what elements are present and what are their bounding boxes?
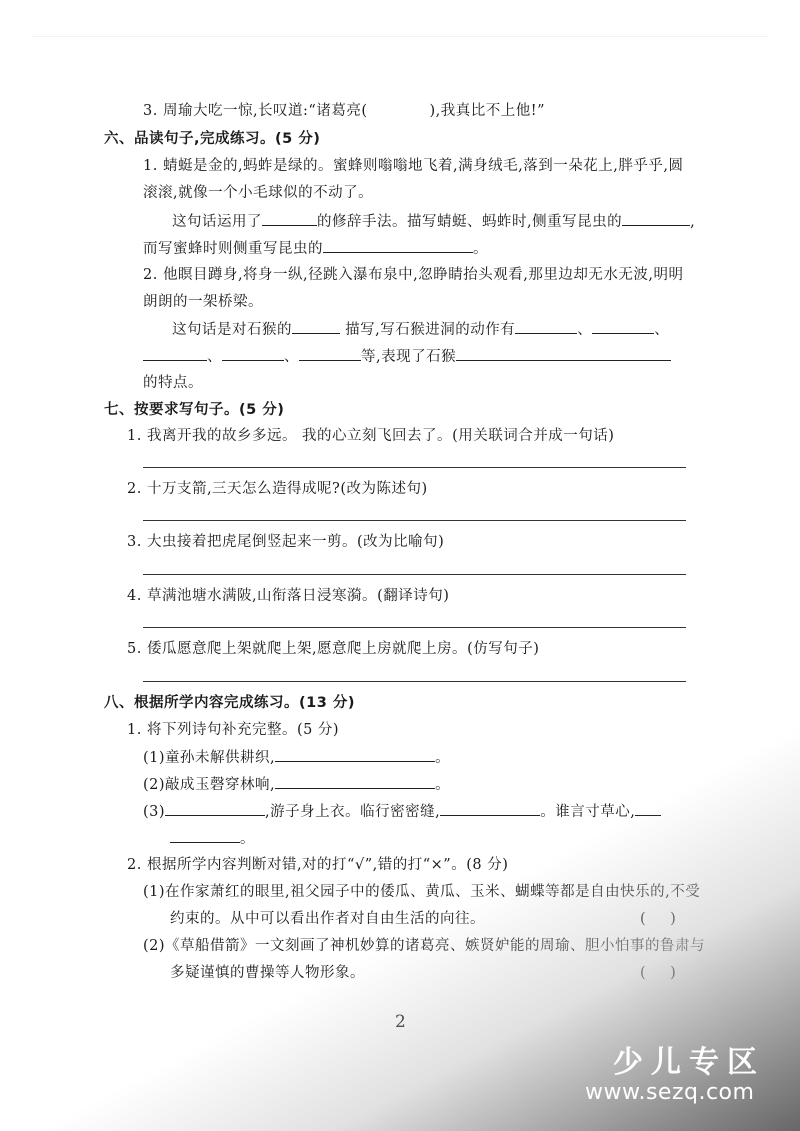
- poem-text: 。谁言寸草心,: [540, 804, 635, 820]
- s6-q2-prompt: 这句话是对石猴的 描写,写石猴进洞的动作有、、: [172, 319, 669, 340]
- paren: (: [640, 911, 646, 927]
- item-text: 3. 周瑜大吃一惊,长叹道:“诸葛亮(: [143, 103, 368, 119]
- prompt-text: 这句话是对石猴的: [172, 322, 292, 338]
- blank-poem-3b[interactable]: [440, 801, 540, 816]
- s7-item-5: 5. 倭瓜愿意爬上架就爬上架,愿意爬上房就爬上房。(仿写句子): [127, 639, 539, 659]
- blank-monkey-trait[interactable]: [456, 346, 671, 361]
- s7-item-4: 4. 草满池塘水满陂,山衔落日浸寒漪。(翻译诗句): [127, 586, 449, 606]
- poem-text: ,游子身上衣。临行密密缝,: [265, 804, 440, 820]
- s7-item-1: 1. 我离开我的故乡多远。 我的心立刻飞回去了。(用关联词合并成一句话): [127, 426, 614, 446]
- section-8-heading: 八、根据所学内容完成练习。(13 分): [104, 693, 355, 713]
- s7-item-2: 2. 十万支箭,三天怎么造得成呢?(改为陈述句): [127, 479, 428, 499]
- paren: (: [640, 965, 646, 981]
- blank-action-5[interactable]: [299, 346, 361, 361]
- prompt-text: ,: [690, 214, 695, 230]
- prompt-text: 等,表现了石猴: [361, 349, 456, 365]
- blank-action-2[interactable]: [592, 319, 654, 334]
- prompt-text: 的修辞手法。描写蜻蜓、蚂蚱时,侧重写昆虫的: [317, 214, 622, 230]
- prompt-text: 而写蜜蜂时则侧重写昆虫的: [143, 241, 323, 257]
- s6-q2-line2: 朗朗的一架桥梁。: [143, 292, 263, 312]
- poem-text: (2)敲成玉磬穿林响,: [143, 777, 275, 793]
- prompt-text: 描写,写石猴进洞的动作有: [345, 322, 515, 338]
- item-text: 3. 大虫接着把虎尾倒竖起来一剪。: [127, 534, 357, 550]
- blank-poem-1[interactable]: [275, 747, 435, 762]
- blank-action-3[interactable]: [143, 346, 207, 361]
- punctuation: 。: [435, 777, 450, 793]
- item-text: 4. 草满池塘水满陂,山衔落日浸寒漪。: [127, 588, 377, 604]
- item-text: 2. 十万支箭,三天怎么造得成呢?: [127, 481, 340, 497]
- s8-q1-poem-1: (1)童孙未解供耕织,。: [143, 747, 450, 768]
- paren: ): [670, 911, 676, 927]
- separator: 、: [577, 322, 592, 338]
- item-hint: (改为比喻句): [357, 534, 444, 550]
- poem-text: (3): [143, 804, 165, 820]
- s8-q2-statement-1-line1: (1)在作家萧红的眼里,祖父园子中的倭瓜、黄瓜、玉米、蝴蝶等都是自由快乐的,不受: [143, 882, 700, 902]
- blank-action-4[interactable]: [222, 346, 284, 361]
- separator: 、: [284, 349, 299, 365]
- answer-line-3[interactable]: [143, 574, 686, 575]
- punctuation: 。: [240, 831, 255, 847]
- judgment-box-2[interactable]: (): [640, 963, 676, 983]
- s8-q1-poem-2: (2)敲成玉磬穿林响,。: [143, 774, 450, 795]
- s8-q1-poem-3: (3),游子身上衣。临行密密缝,。谁言寸草心,: [143, 801, 661, 822]
- blank-rhetoric[interactable]: [262, 211, 317, 226]
- item-hint: (改为陈述句): [340, 481, 427, 497]
- s7-item-3: 3. 大虫接着把虎尾倒竖起来一剪。(改为比喻句): [127, 532, 444, 552]
- s6-q1-prompt: 这句话运用了的修辞手法。描写蜻蜓、蚂蚱时,侧重写昆虫的,: [172, 211, 695, 232]
- prompt-text: 这句话运用了: [172, 214, 262, 230]
- item-text: 1. 我离开我的故乡多远。 我的心立刻飞回去了。: [127, 428, 452, 444]
- blank-poem-3c[interactable]: [635, 801, 661, 816]
- blank-poem-3a[interactable]: [165, 801, 265, 816]
- s8-q2-title: 2. 根据所学内容判断对错,对的打“√”,错的打“×”。(8 分): [127, 855, 508, 875]
- answer-line-1[interactable]: [143, 467, 686, 468]
- item-text: ),我真比不上他!”: [430, 103, 546, 119]
- section-7-heading: 七、按要求写句子。(5 分): [104, 400, 284, 420]
- section-6-heading: 六、品读句子,完成练习。(5 分): [104, 129, 320, 149]
- answer-line-2[interactable]: [143, 520, 686, 521]
- s6-q2-prompt-3: 的特点。: [143, 373, 203, 393]
- prompt-text: 。: [473, 241, 488, 257]
- s6-q2-line1: 2. 他瞑目蹲身,将身一纵,径跳入瀑布泉中,忽睁睛抬头观看,那里边却无水无波,明…: [143, 265, 684, 285]
- exam-page: 3. 周瑜大吃一惊,长叹道:“诸葛亮(),我真比不上他!” 六、品读句子,完成练…: [0, 0, 800, 1131]
- blank-insect-trait-1[interactable]: [622, 211, 690, 226]
- s6-q2-prompt-2: 、、等,表现了石猴: [143, 346, 671, 367]
- s8-q1-poem-3-cont: 。: [170, 828, 255, 849]
- item-hint: (翻译诗句): [377, 588, 449, 604]
- item-hint: (用关联词合并成一句话): [452, 428, 614, 444]
- question-5-item-3: 3. 周瑜大吃一惊,长叹道:“诸葛亮(),我真比不上他!”: [143, 101, 545, 121]
- s8-q2-statement-2-line2: 多疑谨慎的曹操等人物形象。: [170, 963, 365, 983]
- paren: ): [670, 965, 676, 981]
- answer-line-5[interactable]: [143, 681, 686, 682]
- punctuation: 。: [435, 750, 450, 766]
- blank-action-1[interactable]: [515, 319, 577, 334]
- s6-q1-line2: 滚滚,就像一个小毛球似的不动了。: [143, 183, 373, 203]
- s8-q1-title: 1. 将下列诗句补充完整。(5 分): [127, 720, 339, 740]
- blank-poem-3c-cont[interactable]: [170, 828, 240, 843]
- s8-q2-statement-1-line2: 约束的。从中可以看出作者对自由生活的向往。: [170, 909, 485, 929]
- separator: 、: [654, 322, 669, 338]
- item-hint: (仿写句子): [467, 641, 539, 657]
- blank-poem-2[interactable]: [275, 774, 435, 789]
- watermark-url: www.sezq.com: [585, 1080, 754, 1105]
- judgment-box-1[interactable]: (): [640, 909, 676, 929]
- s6-q1-prompt-2: 而写蜜蜂时则侧重写昆虫的。: [143, 238, 488, 259]
- item-text: 5. 倭瓜愿意爬上架就爬上架,愿意爬上房就爬上房。: [127, 641, 467, 657]
- s6-q1-line1: 1. 蜻蜓是金的,蚂蚱是绿的。蜜蜂则嗡嗡地飞着,满身绒毛,落到一朵花上,胖乎乎,…: [143, 156, 684, 176]
- separator: 、: [207, 349, 222, 365]
- page-number: 2: [395, 1012, 406, 1032]
- answer-line-4[interactable]: [143, 627, 686, 628]
- watermark-logo-text: 少儿专区: [613, 1037, 765, 1081]
- s8-q2-statement-2-line1: (2)《草船借箭》一文刻画了神机妙算的诸葛亮、嫉贤妒能的周瑜、胆小怕事的鲁肃与: [143, 936, 705, 956]
- blank-description-type[interactable]: [292, 319, 340, 334]
- blank-insect-trait-2[interactable]: [323, 238, 473, 253]
- poem-text: (1)童孙未解供耕织,: [143, 750, 275, 766]
